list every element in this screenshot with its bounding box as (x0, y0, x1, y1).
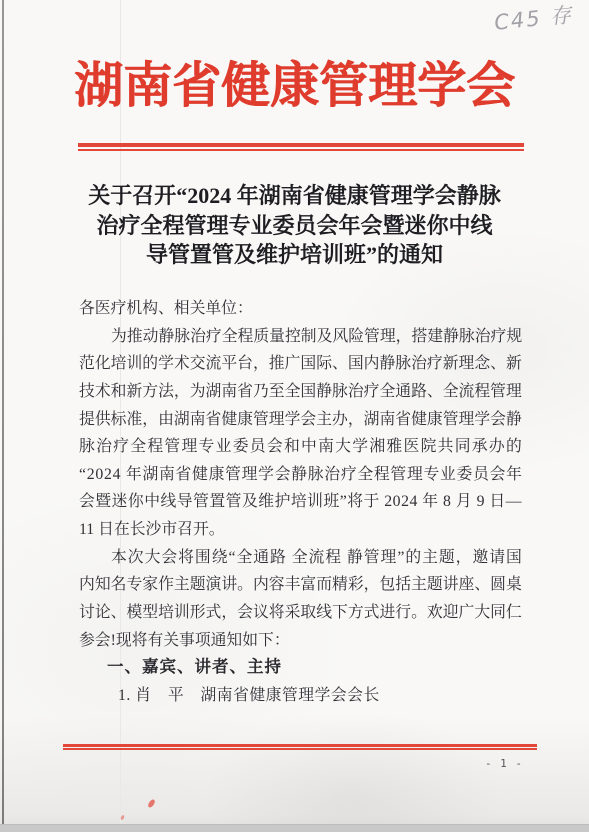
paragraph-line: 脉治疗全程管理专业委员会和中南大学湘雅医院共同承办的 (79, 433, 522, 461)
notice-body: 各医疗机构、相关单位： 为推动静脉治疗全程质量控制及风险管理，搭建静脉治疗规 范… (79, 295, 522, 710)
letterhead-double-rule (78, 143, 524, 151)
notice-title: 关于召开“2024 年湖南省健康管理学会静脉 治疗全程管理专业委员会年会暨迷你中… (30, 181, 559, 270)
paragraph-line: 内知名专家作主题演讲。内容丰富而精彩，包括主题讲座、圆桌 (79, 571, 522, 599)
paragraph-line: 提供标准，由湖南省健康管理学会主办，湖南省健康管理学会静 (79, 406, 522, 434)
letterhead-org-name: 湖南省健康管理学会 (0, 54, 589, 118)
red-ink-speck (120, 815, 125, 821)
paragraph-line: 技术和新方法，为湖南省乃至全国静脉治疗全通路、全流程管理 (79, 378, 522, 406)
notice-title-line: 导管置管及维护培训班”的通知 (30, 240, 559, 270)
paper-bottom-edge (0, 824, 589, 832)
paragraph-line: “2024 年湖南省健康管理学会静脉治疗全程管理专业委员会年 (79, 461, 522, 489)
footer-double-rule (63, 744, 537, 750)
red-ink-speck (147, 798, 156, 808)
notice-title-line: 关于召开“2024 年湖南省健康管理学会静脉 (30, 181, 559, 211)
notice-title-line: 治疗全程管理专业委员会年会暨迷你中线 (30, 211, 559, 241)
page-number: - 1 - (478, 757, 530, 770)
section-heading-guests: 一、嘉宾、讲者、主持 (79, 654, 522, 682)
handwritten-filing-note: C45 存 (493, 0, 589, 37)
paragraph-line: 参会!现将有关事项通知如下： (79, 627, 522, 655)
paragraph-line: 为推动静脉治疗全程质量控制及风险管理，搭建静脉治疗规 (79, 323, 522, 351)
paragraph-line: 讨论、模型培训形式，会议将采取线下方式进行。欢迎广大同仁 (79, 599, 522, 627)
paper-left-edge (2, 0, 4, 832)
paragraph-line: 范化培训的学术交流平台，推广国际、国内静脉治疗新理念、新 (79, 350, 522, 378)
paragraph-line: 本次大会将围绕“全通路 全流程 静管理”的主题，邀请国 (79, 544, 522, 572)
paragraph-line: 11 日在长沙市召开。 (79, 516, 522, 544)
speaker-list-item: 1. 肖 平 湖南省健康管理学会会长 (79, 682, 522, 710)
paragraph-line: 会暨迷你中线导管置管及维护培训班”将于 2024 年 8 月 9 日— (79, 488, 522, 516)
salutation: 各医疗机构、相关单位： (79, 295, 522, 323)
scanned-notice-page: C45 存 湖南省健康管理学会 关于召开“2024 年湖南省健康管理学会静脉 治… (0, 0, 589, 832)
